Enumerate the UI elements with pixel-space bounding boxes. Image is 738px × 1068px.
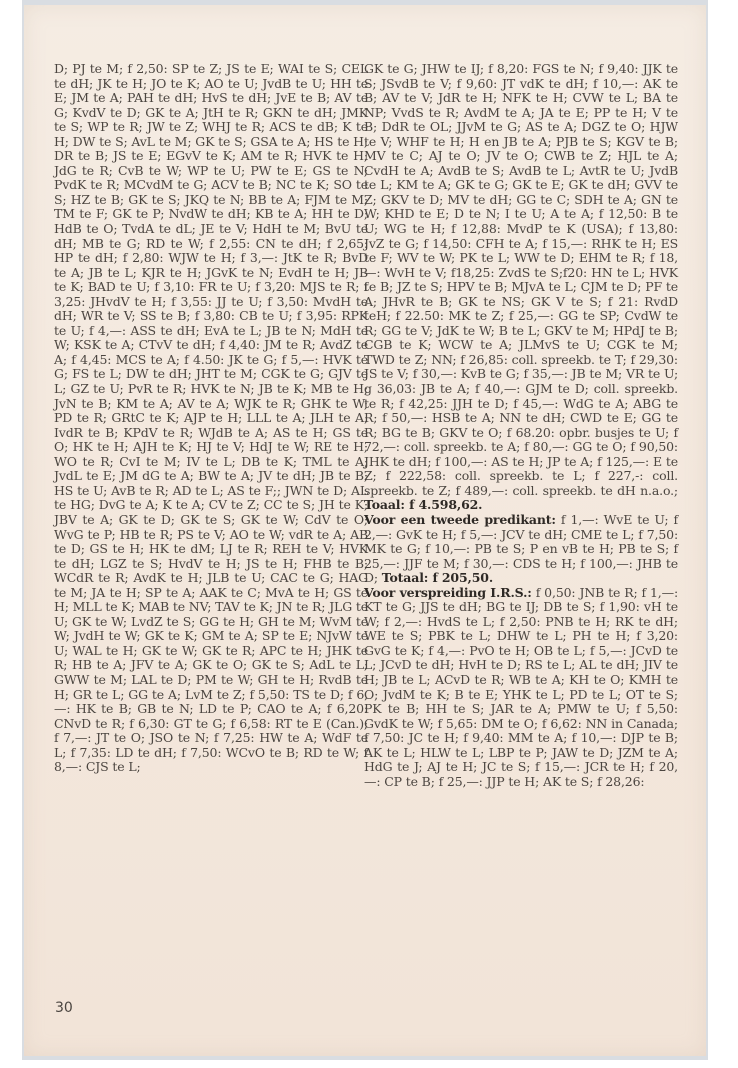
donation-list-irs-distribution: Voor verspreiding I.R.S.: f 0,50: JNB te… — [364, 586, 678, 790]
left-column: D; PJ te M; f 2,50: SP te Z; JS te E; WA… — [54, 62, 368, 775]
donation-list-general: GK te G; JHW te IJ; f 8,20: FGS te N; f … — [364, 62, 678, 513]
section-heading-second-minister: Voor een tweede predikant: — [364, 512, 556, 527]
page-number: 30 — [55, 1000, 73, 1016]
donation-list-second-minister: Voor een tweede predikant: f 1,—: WvE te… — [364, 513, 678, 586]
donation-entries: GK te G; JHW te IJ; f 8,20: FGS te N; f … — [364, 61, 678, 498]
right-column: GK te G; JHW te IJ; f 8,20: FGS te N; f … — [364, 62, 678, 789]
total-general: Toaal: f 4.598,62. — [364, 497, 482, 512]
total-second-minister: Totaal: f 205,50. — [382, 570, 493, 585]
donation-list-continued: D; PJ te M; f 2,50: SP te Z; JS te E; WA… — [54, 62, 368, 775]
donation-entries: f 0,50: JNB te R; f 1,—: KT te G; JJS te… — [364, 585, 678, 789]
section-heading-irs-distribution: Voor verspreiding I.R.S.: — [364, 585, 532, 600]
